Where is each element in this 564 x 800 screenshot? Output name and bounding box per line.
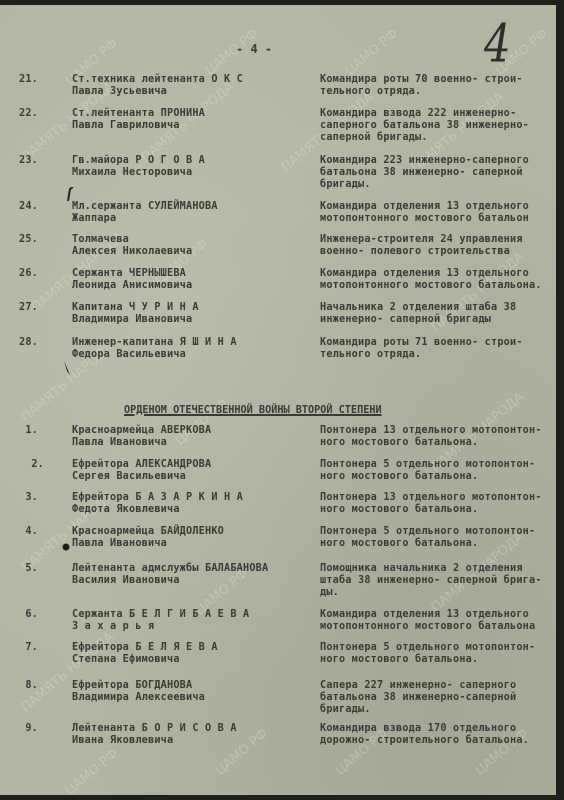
entry-number: 3. xyxy=(10,492,38,504)
entry-person: Лейтенанта адмслужбы БАЛАБАНОВАВасилия И… xyxy=(72,563,302,587)
position-line: Командира взвода 170 отдельного xyxy=(320,723,552,735)
entry-number: 26. xyxy=(10,268,38,280)
entry-person: Красноармейца БАЙДОЛЕНКОПавла Ивановича xyxy=(72,526,302,550)
given-names: Ивана Яковлевича xyxy=(72,735,302,747)
position-line: саперной бригады. xyxy=(320,132,552,144)
position-line: Сапера 227 инженерно- саперного xyxy=(320,680,552,692)
rank-and-surname: Ст.техника лейтенанта О К С xyxy=(72,74,302,86)
entry-position: Командира роты 71 военно- строи-тельного… xyxy=(320,337,552,361)
given-names: Сергея Васильевича xyxy=(72,471,302,483)
position-line: ного мостового батальона. xyxy=(320,654,552,666)
given-names: Павла Ивановича xyxy=(72,437,302,449)
position-line: мотопонтонного мостового батальона. xyxy=(320,280,552,292)
entry-person: Сержанта ЧЕРНЫШЕВАЛеонида Анисимовича xyxy=(72,268,302,292)
entry-position: Сапера 227 инженерно- саперногобатальона… xyxy=(320,680,552,716)
entry-number: 9. xyxy=(10,723,38,735)
given-names: Михаила Несторовича xyxy=(72,167,302,179)
ink-mark xyxy=(66,187,74,201)
entry-position: Инженера-строителя 24 управлениявоенно- … xyxy=(320,234,552,258)
position-line: бригады. xyxy=(320,179,552,191)
position-line: Понтонера 5 отдельного мотопонтон- xyxy=(320,526,552,538)
entry-number: 5. xyxy=(10,563,38,575)
given-names: Владимира Алексеевича xyxy=(72,692,302,704)
rank-and-surname: Капитана Ч У Р И Н А xyxy=(72,302,302,314)
given-names: Степана Ефимовича xyxy=(72,654,302,666)
entry-position: Командира 223 инженерно-саперногобатальо… xyxy=(320,155,552,191)
position-line: инженерно- саперной бригады xyxy=(320,314,552,326)
position-line: батальона 38 инженерно-саперной xyxy=(320,692,552,704)
entry-person: Капитана Ч У Р И Н АВладимира Ивановича xyxy=(72,302,302,326)
position-line: батальона 38 инженерно- саперной xyxy=(320,167,552,179)
entry-number: 28. xyxy=(10,337,38,349)
position-line: дорожно- строительного батальона. xyxy=(320,735,552,747)
rank-and-surname: Ефрейтора БОГДАНОВА xyxy=(72,680,302,692)
position-line: мотопонтонного мостового батальон xyxy=(320,213,552,225)
position-line: Командира отделения 13 отдельного xyxy=(320,201,552,213)
rank-and-surname: Сержанта Б Е Л Г И Б А Е В А xyxy=(72,609,302,621)
entry-position: Понтонера 13 отдельного мотопонтон-ного … xyxy=(320,492,552,516)
entry-number: 23. xyxy=(10,155,38,167)
entry-person: Инженер-капитана Я Ш И Н АФедора Василье… xyxy=(72,337,302,361)
rank-and-surname: Ефрейтора Б Е Л Я Е В А xyxy=(72,642,302,654)
position-line: Инженера-строителя 24 управления xyxy=(320,234,552,246)
watermark: ЦАМО РФ xyxy=(63,746,121,795)
handwritten-page-number: 4 xyxy=(484,13,511,74)
entry-person: Гв.майора Р О Г О В АМихаила Несторовича xyxy=(72,155,302,179)
entry-person: Ст.техника лейтенанта О К СПавла Зусьеви… xyxy=(72,74,302,98)
position-line: Начальника 2 отделения штаба 38 xyxy=(320,302,552,314)
position-line: ного мостового батальона. xyxy=(320,504,552,516)
entry-position: Командира отделения 13 отдельногомотопон… xyxy=(320,201,552,225)
entry-person: Ефрейтора Б А З А Р К И Н АФедота Яковле… xyxy=(72,492,302,516)
page-number: - 4 - xyxy=(236,42,272,56)
entry-number: 8. xyxy=(10,680,38,692)
entry-position: Командира роты 70 военно- строи-тельного… xyxy=(320,74,552,98)
position-line: Командира 223 инженерно-саперного xyxy=(320,155,552,167)
given-names: Жаппара xyxy=(72,213,302,225)
position-line: ного мостового батальона. xyxy=(320,437,552,449)
entry-number: 24. xyxy=(10,201,38,213)
entry-position: Понтонера 5 отдельного мотопонтон-ного м… xyxy=(320,459,552,483)
position-line: тельного отряда. xyxy=(320,86,552,98)
entry-number: 21. xyxy=(10,74,38,86)
given-names: Федота Яковлевича xyxy=(72,504,302,516)
entry-position: Командира взвода 170 отдельногодорожно- … xyxy=(320,723,552,747)
position-line: бригады. xyxy=(320,704,552,716)
rank-and-surname: Толмачева xyxy=(72,234,302,246)
section-heading: ОРДЕНОМ ОТЕЧЕСТВЕННОЙ ВОЙНЫ ВТОРОЙ СТЕПЕ… xyxy=(124,405,382,416)
entry-position: Понтонера 5 отдельного мотопонтон-ного м… xyxy=(320,642,552,666)
entry-position: Понтонера 5 отдельного мотопонтон-ного м… xyxy=(320,526,552,550)
rank-and-surname: Лейтенанта Б О Р И С О В А xyxy=(72,723,302,735)
given-names: Владимира Ивановича xyxy=(72,314,302,326)
entry-position: Командира взвода 222 инженерно-саперного… xyxy=(320,108,552,144)
position-line: тельного отряда. xyxy=(320,349,552,361)
entry-number: 22. xyxy=(10,108,38,120)
position-line: ды. xyxy=(320,587,552,599)
rank-and-surname: Красноармейца БАЙДОЛЕНКО xyxy=(72,526,302,538)
rank-and-surname: Ефрейтора Б А З А Р К И Н А xyxy=(72,492,302,504)
position-line: Командира роты 70 военно- строи- xyxy=(320,74,552,86)
position-line: Командира отделения 13 отдельного xyxy=(320,268,552,280)
document-page: ЦАМО РФ ЦАМО РФ ЦАМО РФ ЦАМО РФ ПАМЯТЬ Н… xyxy=(0,5,556,795)
rank-and-surname: Гв.майора Р О Г О В А xyxy=(72,155,302,167)
entry-person: Лейтенанта Б О Р И С О В АИвана Яковлеви… xyxy=(72,723,302,747)
entry-person: Ефрейтора БОГДАНОВАВладимира Алексеевича xyxy=(72,680,302,704)
entry-number: 2. xyxy=(16,459,44,471)
given-names: Алексея Николаевича xyxy=(72,246,302,258)
entry-person: Красноармейца АВЕРКОВАПавла Ивановича xyxy=(72,425,302,449)
given-names: Леонида Анисимовича xyxy=(72,280,302,292)
entry-person: Ст.лейтенанта ПРОНИНАПавла Гавриловича xyxy=(72,108,302,132)
position-line: военно- полевого строительства xyxy=(320,246,552,258)
position-line: мотопонтонного мостового батальона xyxy=(320,621,552,633)
rank-and-surname: Ст.лейтенанта ПРОНИНА xyxy=(72,108,302,120)
entry-person: Сержанта Б Е Л Г И Б А Е В АЗ а х а р ь … xyxy=(72,609,302,633)
given-names: Павла Зусьевича xyxy=(72,86,302,98)
entry-number: 27. xyxy=(10,302,38,314)
position-line: Понтонера 5 отдельного мотопонтон- xyxy=(320,642,552,654)
position-line: Помощника начальника 2 отделения xyxy=(320,563,552,575)
rank-and-surname: Мл.сержанта СУЛЕЙМАНОВА xyxy=(72,201,302,213)
rank-and-surname: Красноармейца АВЕРКОВА xyxy=(72,425,302,437)
position-line: Понтонера 13 отдельного мотопонтон- xyxy=(320,425,552,437)
rank-and-surname: Лейтенанта адмслужбы БАЛАБАНОВА xyxy=(72,563,302,575)
position-line: штаба 38 инженерно- саперной брига- xyxy=(320,575,552,587)
entry-number: 1. xyxy=(10,425,38,437)
position-line: саперного батальона 38 инженерно- xyxy=(320,120,552,132)
entry-number: 4. xyxy=(10,526,38,538)
ink-mark xyxy=(62,361,72,377)
rank-and-surname: Ефрейтора АЛЕКСАНДРОВА xyxy=(72,459,302,471)
entry-position: Начальника 2 отделения штаба 38инженерно… xyxy=(320,302,552,326)
entry-person: Мл.сержанта СУЛЕЙМАНОВАЖаппара xyxy=(72,201,302,225)
given-names: Федора Васильевича xyxy=(72,349,302,361)
given-names: Павла Ивановича xyxy=(72,538,302,550)
watermark: ЦАМО РФ xyxy=(343,26,401,78)
entry-person: Ефрейтора АЛЕКСАНДРОВАСергея Васильевича xyxy=(72,459,302,483)
position-line: ного мостового батальона. xyxy=(320,538,552,550)
given-names: З а х а р ь я xyxy=(72,621,302,633)
entry-person: Ефрейтора Б Е Л Я Е В АСтепана Ефимовича xyxy=(72,642,302,666)
entry-number: 25. xyxy=(10,234,38,246)
entry-number: 6. xyxy=(10,609,38,621)
rank-and-surname: Инженер-капитана Я Ш И Н А xyxy=(72,337,302,349)
entry-position: Командира отделения 13 отдельногомотопон… xyxy=(320,268,552,292)
ink-mark xyxy=(62,543,70,551)
rank-and-surname: Сержанта ЧЕРНЫШЕВА xyxy=(72,268,302,280)
entry-number: 7. xyxy=(10,642,38,654)
position-line: Командира роты 71 военно- строи- xyxy=(320,337,552,349)
position-line: Понтонера 13 отдельного мотопонтон- xyxy=(320,492,552,504)
entry-position: Помощника начальника 2 отделенияштаба 38… xyxy=(320,563,552,599)
position-line: Командира отделения 13 отдельного xyxy=(320,609,552,621)
entry-person: ТолмачеваАлексея Николаевича xyxy=(72,234,302,258)
position-line: Понтонера 5 отдельного мотопонтон- xyxy=(320,459,552,471)
given-names: Павла Гавриловича xyxy=(72,120,302,132)
entry-position: Командира отделения 13 отдельногомотопон… xyxy=(320,609,552,633)
position-line: Командира взвода 222 инженерно- xyxy=(320,108,552,120)
entry-position: Понтонера 13 отдельного мотопонтон-ного … xyxy=(320,425,552,449)
position-line: ного мостового батальона. xyxy=(320,471,552,483)
given-names: Василия Ивановича xyxy=(72,575,302,587)
